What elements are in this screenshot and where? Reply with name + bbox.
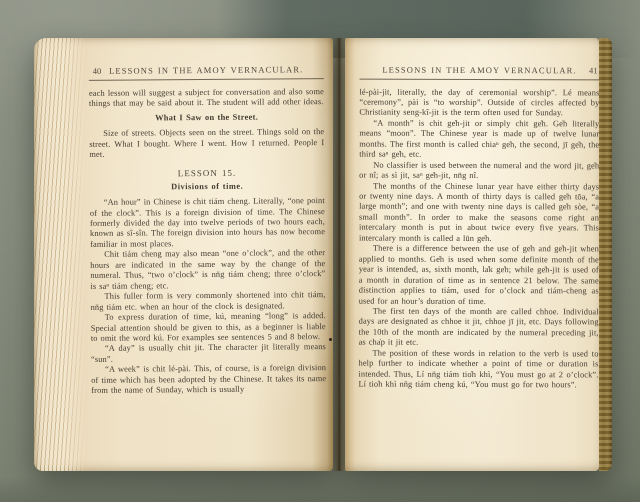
heading-what-i-saw: What I Saw on the Street. [89,112,324,124]
open-book: 40 LESSONS IN THE AMOY VERNACULAR. each … [34,38,612,471]
paragraph-word-position: The position of these words in relation … [358,348,598,391]
book-gutter [333,38,345,471]
right-page-text-column: LESSONS IN THE AMOY VERNACULAR. 41 lé-pà… [358,65,599,391]
left-page-text-column: 40 LESSONS IN THE AMOY VERNACULAR. each … [89,64,327,397]
left-running-title: LESSONS IN THE AMOY VERNACULAR. [109,64,303,76]
right-running-head: LESSONS IN THE AMOY VERNACULAR. 41 [360,65,600,76]
left-running-head: 40 LESSONS IN THE AMOY VERNACULAR. [89,64,324,76]
photo-background: 40 LESSONS IN THE AMOY VERNACULAR. each … [0,0,640,502]
paragraph-lunar-year: The months of the Chinese lunar year hav… [359,181,599,245]
cover-fore-edge [599,38,612,471]
paragraph-a-month: “A month” is chit ge̍h-jit or simply chi… [359,118,599,161]
heading-divisions-of-time: Divisions of time. [90,181,325,193]
ink-speck [329,338,332,341]
right-head-rule [360,78,600,80]
right-running-title: LESSONS IN THE AMOY VERNACULAR. [382,65,576,76]
paragraph-no-classifier: No classifier is used between the numera… [359,160,599,182]
paragraph-chhoe-days: The first ten days of the month are call… [359,307,599,350]
paragraph-a-day: “A day” is usually chit jit. The charact… [91,343,326,366]
paragraph-sunday: lé-pài-jit, literally, the day of ceremo… [359,87,599,119]
page-stack-fore-edge [34,38,86,471]
paragraph-duration: To express duration of time, kú, meaning… [91,311,326,344]
left-page-number: 40 [93,66,102,76]
right-page-number: 41 [589,65,598,75]
heading-lesson-15: LESSON 15. [90,167,325,179]
paragraph-a-week: “A week” is chit lé-pài. This, of course… [91,363,326,396]
paragraph-shortened: This fuller form is very commonly shorte… [90,290,325,313]
right-page: LESSONS IN THE AMOY VERNACULAR. 41 lé-pà… [345,38,599,471]
paragraph-an-hour: “An hour” in Chinese is chit tiám cheng.… [90,196,325,250]
paragraph-street-topics: Size of streets. Objects seen on the str… [89,127,324,160]
paragraph-oclock: Chit tiám cheng may also mean “one o’clo… [90,248,325,292]
left-head-rule [89,78,324,81]
paragraph-geh-difference: There is a difference between the use of… [359,244,599,308]
left-page: 40 LESSONS IN THE AMOY VERNACULAR. each … [34,38,333,471]
paragraph-lesson-suggest: each lesson will suggest a subject for c… [89,87,324,110]
